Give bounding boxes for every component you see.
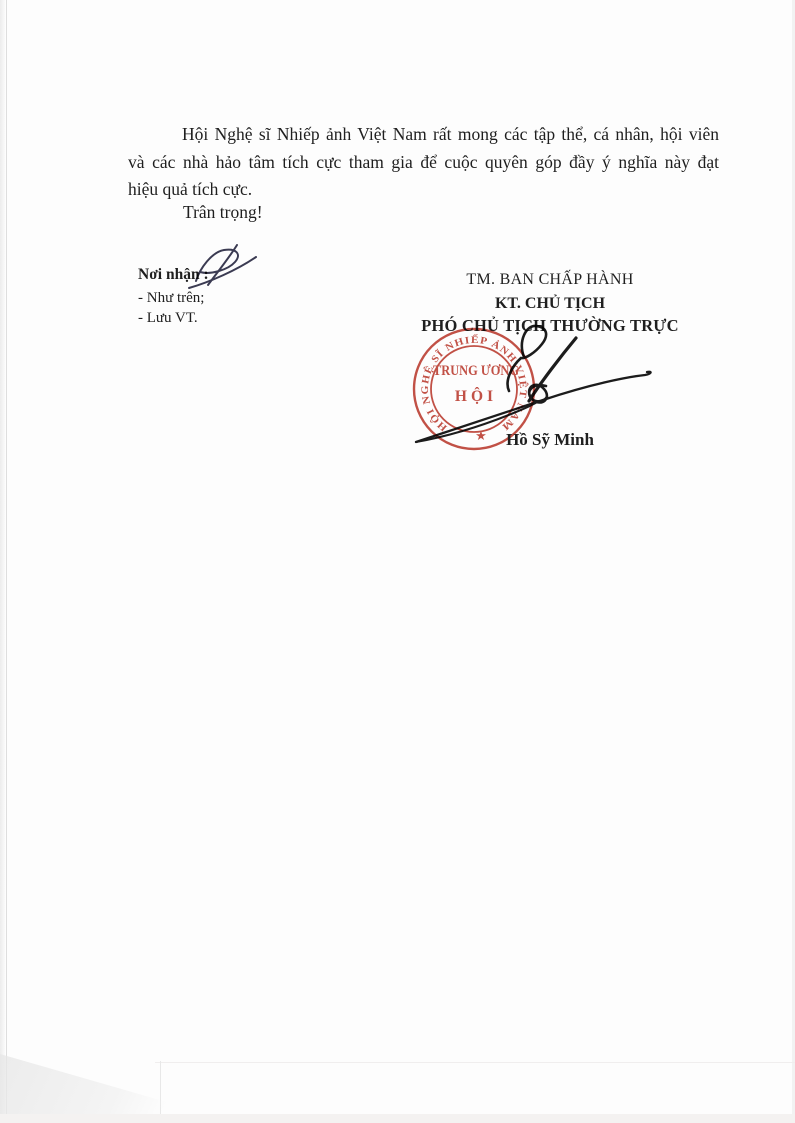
scan-artifact-line bbox=[155, 1062, 795, 1063]
signature-stroke bbox=[508, 326, 547, 391]
page-left-edge-line bbox=[6, 0, 7, 1123]
paragraph-line: và các nhà hảo tâm tích cực tham gia để … bbox=[128, 149, 719, 177]
scanned-letter-page: Hội Nghệ sĩ Nhiếp ảnh Việt Nam rất mong … bbox=[0, 0, 795, 1123]
handwritten-initial-ink bbox=[185, 240, 261, 295]
body-paragraph: Hội Nghệ sĩ Nhiếp ảnh Việt Nam rất mong … bbox=[128, 121, 719, 204]
on-behalf-line: TM. BAN CHẤP HÀNH bbox=[408, 270, 692, 290]
recipient-item: - Lưu VT. bbox=[138, 308, 209, 329]
page-left-edge-shadow bbox=[0, 0, 5, 1123]
page-corner-shadow bbox=[0, 1054, 215, 1116]
closing-salutation: Trân trọng! bbox=[183, 202, 263, 223]
page-bottom-edge bbox=[0, 1114, 795, 1123]
paragraph-line: hiệu quả tích cực. bbox=[128, 176, 719, 204]
signer-name: Hồ Sỹ Minh bbox=[408, 430, 692, 450]
paragraph-line: Hội Nghệ sĩ Nhiếp ảnh Việt Nam rất mong … bbox=[128, 121, 719, 149]
